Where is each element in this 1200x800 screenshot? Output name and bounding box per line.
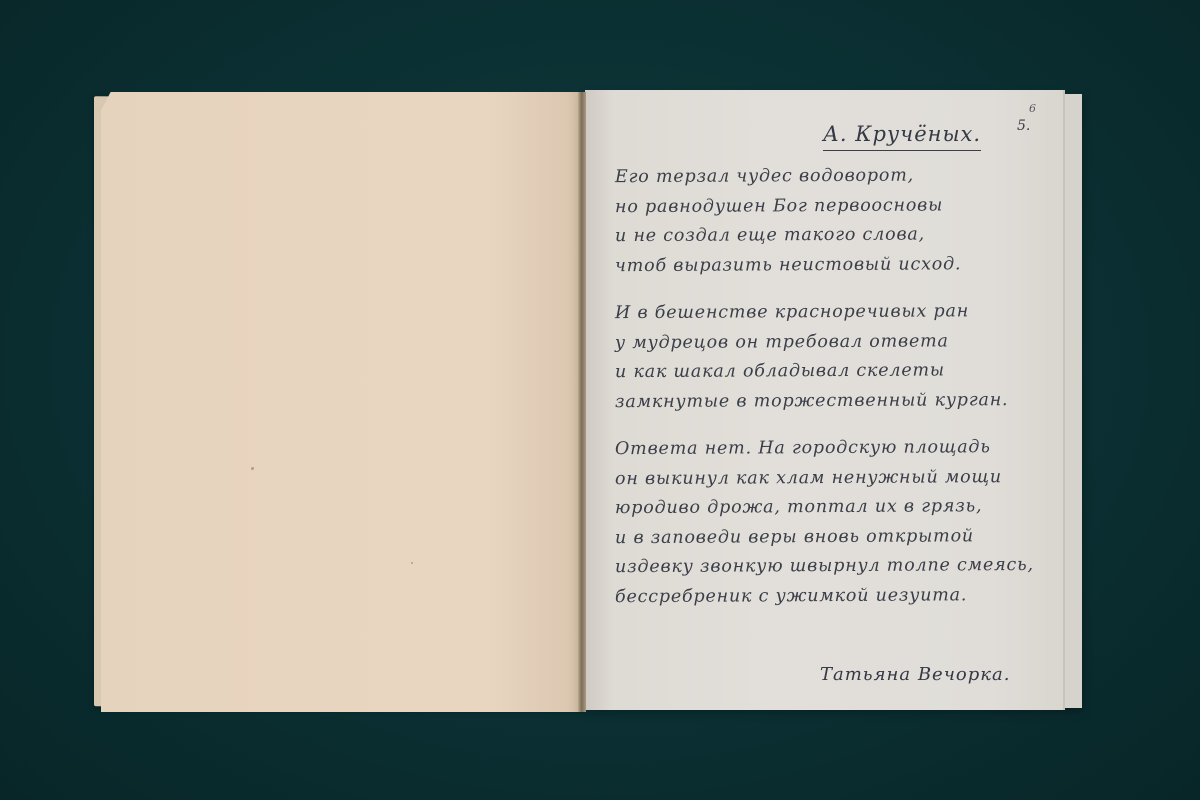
notebook-spine: [578, 92, 586, 712]
poem-line: Его терзал чудес водоворот,: [615, 161, 1055, 193]
poem-body: Его терзал чудес водоворот, но равнодуше…: [615, 162, 1055, 629]
poem-line: и не создал еще такого слова,: [615, 220, 1055, 252]
poem-line: но равнодушен Бог первоосновы: [615, 190, 1055, 222]
poem-line: он выкинул как хлам ненужный мощи: [615, 462, 1055, 494]
stanza-1: Его терзал чудес водоворот, но равнодуше…: [615, 162, 1055, 280]
stanza-3: Ответа нет. На городскую площадь он выки…: [615, 434, 1055, 611]
paper-speck: [251, 467, 254, 470]
poem-line: и в заповеди веры вновь открытой: [615, 521, 1055, 553]
page-number: 5.: [1017, 118, 1030, 134]
poem-line: юродиво дрожа, топтал их в грязь,: [615, 492, 1055, 524]
right-page-handwritten: 6 5. А. Кручёных. Его терзал чудес водов…: [585, 90, 1065, 710]
left-page-blank: [101, 92, 582, 712]
poem-line: чтоб выразить неистовый исход.: [615, 249, 1055, 281]
signature: Татьяна Вечорка.: [820, 664, 1010, 685]
stanza-2: И в бешенстве красноречивых ран у мудрец…: [615, 298, 1055, 416]
paper-speck: [411, 562, 413, 564]
page-number-alt: 6: [1029, 102, 1036, 115]
poem-line: бессребреник с ужимкой иезуита.: [615, 580, 1055, 612]
author-heading: А. Кручёных.: [823, 122, 981, 151]
poem-line: Ответа нет. На городскую площадь: [615, 433, 1055, 465]
poem-line: и как шакал обладывал скелеты: [615, 356, 1055, 388]
notebook: 6 5. А. Кручёных. Его терзал чудес водов…: [0, 0, 1200, 800]
poem-line: издевку звонкую швырнул толпе смеясь,: [615, 551, 1055, 583]
poem-line: у мудрецов он требовал ответа: [615, 326, 1055, 358]
poem-line: И в бешенстве красноречивых ран: [615, 297, 1055, 329]
poem-line: замкнутые в торжественный курган.: [615, 385, 1055, 417]
